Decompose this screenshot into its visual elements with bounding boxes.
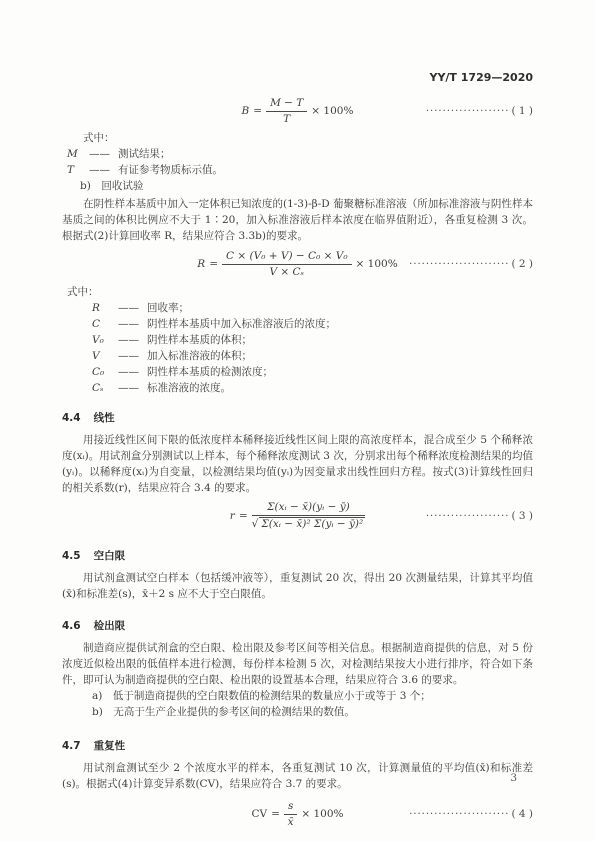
formula-3-body: r = Σ(xᵢ − x̄)(yᵢ − ȳ) √Σ(xᵢ − x̄)² Σ(yᵢ… [230,501,365,531]
leader-dots: ························ [409,809,509,820]
section-number: 4.6 [62,618,81,634]
dash: —— [89,146,110,162]
formula-4-tail: × 100% [301,808,343,820]
where-block-1: 式中： M —— 测试结果； T —— 有证参考物质标示值。 [62,130,533,178]
definition-text: 阴性样本基质的体积； [147,332,252,348]
denominator: x̄ [284,815,297,829]
equation-number: ( 4 ) [511,808,533,820]
fraction: Σ(xᵢ − x̄)(yᵢ − ȳ) √Σ(xᵢ − x̄)² Σ(yᵢ − ȳ… [252,501,366,531]
formula-1-lhs: B [242,105,250,117]
definition-row: T —— 有证参考物质标示值。 [67,162,533,178]
radicand: Σ(xᵢ − x̄)² Σ(yᵢ − ȳ)² [259,517,365,531]
definition-row: V₀ —— 阴性样本基质的体积； [92,332,533,348]
section-heading-4-5: 4.5 空白限 [62,548,533,564]
formula-2-body: R = C × (V₀ + V) − C₀ × V₀ V × Cₛ × 100% [197,250,397,279]
dash: —— [118,364,139,380]
denominator: √Σ(xᵢ − x̄)² Σ(yᵢ − ȳ)² [252,516,366,531]
section-heading-4-6: 4.6 检出限 [62,618,533,634]
numerator: C × (V₀ + V) − C₀ × V₀ [222,250,352,265]
fraction: M − T T [266,97,307,126]
equals-sign: = [239,510,248,522]
list-item-b: b) 无高于生产企业提供的参考区间的检测结果的数值。 [92,704,533,720]
definition-text: 加入标准溶液的体积； [147,348,252,364]
section-title: 线性 [94,410,115,426]
definition-text: 测试结果； [118,146,171,162]
formula-4-body: CV = s x̄ × 100% [252,800,344,829]
definition-text: 阴性样本基质中加入标准溶液后的浓度； [147,316,336,332]
section-title: 检出限 [94,618,126,634]
equals-sign: = [209,258,218,270]
section-heading-4-7: 4.7 重复性 [62,738,533,754]
formula-2-tail: × 100% [356,258,398,270]
section-number: 4.7 [62,738,81,754]
section-number: 4.5 [62,548,81,564]
symbol: Cₛ [92,380,118,396]
definition-row: C₀ —— 阴性样本基质的检测浓度； [92,364,533,380]
formula-2: R = C × (V₀ + V) − C₀ × V₀ V × Cₛ × 100%… [62,248,533,280]
formula-4: CV = s x̄ × 100% ·······················… [62,800,533,828]
formula-4-lhs: CV [252,808,268,820]
formula-1-body: B = M − T T × 100% [242,97,354,126]
formula-3-lhs: r [230,510,235,522]
formula-2-lhs: R [197,258,205,270]
section-title: 重复性 [94,738,126,754]
page-header: YY/T 1729—2020 [62,71,533,84]
denominator: V × Cₛ [222,265,352,279]
definition-text: 阴性样本基质的检测浓度； [147,364,273,380]
equation-leader: ························ ( 4 ) [409,808,533,820]
leader-dots: ···················· [426,106,510,117]
symbol: V₀ [92,332,118,348]
definition-text: 标准溶液的浓度。 [147,380,231,396]
square-root-sign: √ [252,518,259,530]
list-item-b-recovery: b) 回收试验 [80,178,533,194]
paragraph-recovery-test: 在阴性样本基质中加入一定体积已知浓度的(1-3)-β-D 葡聚糖标准溶液（所加标… [62,196,533,244]
list-item-a: a) 低于制造商提供的空白限数值的检测结果的数量应小于或等于 3 个； [92,688,533,704]
standard-code: YY/T 1729—2020 [429,71,533,84]
dash: —— [89,162,110,178]
formula-1: B = M − T T × 100% ···················· … [62,96,533,126]
definition-row: C —— 阴性样本基质中加入标准溶液后的浓度； [92,316,533,332]
dash: —— [118,380,139,396]
definition-row: Cₛ —— 标准溶液的浓度。 [92,380,533,396]
where-block-2: 式中： R —— 回收率； C —— 阴性样本基质中加入标准溶液后的浓度； V₀… [62,284,533,396]
equation-number: ( 1 ) [511,105,533,117]
equation-leader: ···················· ( 3 ) [426,510,533,522]
document-page: YY/T 1729—2020 B = M − T T × 100% ······… [0,0,595,842]
equation-number: ( 2 ) [511,258,533,270]
section-number: 4.4 [62,410,81,426]
symbol: R [92,300,118,316]
symbol: C [92,316,118,332]
leader-dots: ···················· [426,511,510,522]
denominator: T [266,112,307,126]
formula-3: r = Σ(xᵢ − x̄)(yᵢ − ȳ) √Σ(xᵢ − x̄)² Σ(yᵢ… [62,498,533,534]
numerator: s [284,800,297,815]
symbol: V [92,348,118,364]
definition-row: R —— 回收率； [92,300,533,316]
fraction: s x̄ [284,800,297,829]
definition-row: V —— 加入标准溶液的体积； [92,348,533,364]
equation-number: ( 3 ) [511,510,533,522]
numerator: M − T [266,97,307,112]
symbol: M [67,146,89,162]
dash: —— [118,300,139,316]
dash: —— [118,316,139,332]
paragraph-detection-limit: 制造商应提供试剂盒的空白限、检出限及参考区间等相关信息。根据制造商提供的信息，对… [62,640,533,688]
definition-text: 回收率； [147,300,189,316]
paragraph-repeatability: 用试剂盒测试至少 2 个浓度水平的样本，各重复测试 10 次，计算测量值的平均值… [62,760,533,792]
numerator: Σ(xᵢ − x̄)(yᵢ − ȳ) [252,501,366,516]
equation-leader: ···················· ( 1 ) [426,105,533,117]
where-label: 式中： [67,284,533,300]
paragraph-blank-limit: 用试剂盒测试空白样本（包括缓冲液等），重复测试 20 次，得出 20 次测量结果… [62,570,533,602]
section-heading-4-4: 4.4 线性 [62,410,533,426]
equation-leader: ························ ( 2 ) [409,258,533,270]
page-number: 3 [510,772,517,784]
symbol: T [67,162,89,178]
definition-row: M —— 测试结果； [67,146,533,162]
fraction: C × (V₀ + V) − C₀ × V₀ V × Cₛ [222,250,352,279]
equals-sign: = [271,808,280,820]
where-label: 式中： [83,130,533,146]
definition-text: 有证参考物质标示值。 [118,162,223,178]
equals-sign: = [253,105,262,117]
formula-1-tail: × 100% [311,105,353,117]
dash: —— [118,332,139,348]
symbol: C₀ [92,364,118,380]
section-title: 空白限 [94,548,126,564]
dash: —— [118,348,139,364]
paragraph-linearity: 用接近线性区间下限的低浓度样本稀释接近线性区间上限的高浓度样本，混合成至少 5 … [62,432,533,496]
leader-dots: ························ [409,259,509,270]
